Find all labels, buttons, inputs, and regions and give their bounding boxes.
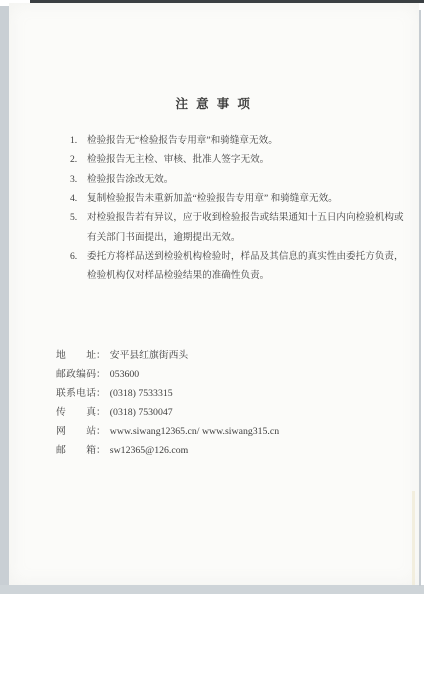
scan-margin-left: [0, 6, 9, 594]
paper-sheet: 注 意 事 项 1. 检验报告无“检验报告专用章”和骑缝章无效。 2. 检验报告…: [9, 3, 419, 585]
contact-row-email: 邮箱：sw12365@126.com: [56, 441, 279, 460]
contact-colon: ：: [96, 445, 106, 456]
contact-colon: ：: [96, 350, 106, 361]
note-text: 复制检验报告未重新加盖“检验报告专用章” 和骑缝章无效。: [87, 189, 338, 208]
contact-value: 053600: [110, 369, 139, 380]
page-title: 注 意 事 项: [9, 94, 419, 112]
note-text: 检验报告无主检、审核、批准人签字无效。: [87, 150, 269, 169]
contact-colon: ：: [96, 388, 106, 399]
scan-area: 注 意 事 项 1. 检验报告无“检验报告专用章”和骑缝章无效。 2. 检验报告…: [0, 0, 424, 594]
contact-colon: ：: [96, 426, 106, 437]
note-text: 对检验报告若有异议，应于收到检验报告或结果通知十五日内向检验机构或 有关部门书面…: [87, 208, 404, 247]
contact-row-postcode: 邮政编码：053600: [56, 365, 279, 384]
note-item: 2. 检验报告无主检、审核、批准人签字无效。: [70, 150, 404, 169]
contact-label: 联系电话: [56, 384, 96, 403]
contact-value: (0318) 7530047: [110, 407, 173, 418]
note-number: 1.: [70, 131, 87, 150]
paper-right-edge: [419, 10, 421, 586]
contact-label: 邮箱: [56, 441, 96, 460]
scanned-document-page: 注 意 事 项 1. 检验报告无“检验报告专用章”和骑缝章无效。 2. 检验报告…: [0, 0, 424, 700]
contact-label: 地址: [56, 346, 96, 365]
contact-label: 邮政编码: [56, 365, 96, 384]
scan-margin-bottom: [0, 585, 424, 594]
contact-colon: ：: [96, 369, 106, 380]
note-number: 3.: [70, 170, 87, 189]
note-number: 6.: [70, 247, 87, 286]
contact-colon: ：: [96, 407, 106, 418]
note-item: 5. 对检验报告若有异议，应于收到检验报告或结果通知十五日内向检验机构或 有关部…: [70, 208, 404, 247]
contact-row-website: 网站：www.siwang12365.cn/ www.siwang315.cn: [56, 422, 279, 441]
contact-block: 地址：安平县红旗街西头 邮政编码：053600 联系电话：(0318) 7533…: [56, 346, 279, 461]
note-number: 5.: [70, 208, 87, 247]
contact-value: 安平县红旗街西头: [110, 350, 188, 361]
contact-row-address: 地址：安平县红旗街西头: [56, 346, 279, 365]
scan-artifact-streak: [412, 491, 415, 585]
note-item: 1. 检验报告无“检验报告专用章”和骑缝章无效。: [70, 131, 404, 150]
contact-value: www.siwang12365.cn/ www.siwang315.cn: [110, 426, 279, 437]
contact-label: 网站: [56, 422, 96, 441]
note-text: 检验报告涂改无效。: [87, 170, 173, 189]
note-item: 3. 检验报告涂改无效。: [70, 170, 404, 189]
contact-row-phone: 联系电话：(0318) 7533315: [56, 384, 279, 403]
note-item: 4. 复制检验报告未重新加盖“检验报告专用章” 和骑缝章无效。: [70, 189, 404, 208]
contact-label: 传真: [56, 403, 96, 422]
note-number: 2.: [70, 150, 87, 169]
contact-value: sw12365@126.com: [110, 445, 188, 456]
note-number: 4.: [70, 189, 87, 208]
notes-list: 1. 检验报告无“检验报告专用章”和骑缝章无效。 2. 检验报告无主检、审核、批…: [70, 131, 404, 286]
contact-value: (0318) 7533315: [110, 388, 173, 399]
note-text: 检验报告无“检验报告专用章”和骑缝章无效。: [87, 131, 278, 150]
note-item: 6. 委托方将样品送到检验机构检验时，样品及其信息的真实性由委托方负责， 检验机…: [70, 247, 404, 286]
note-text: 委托方将样品送到检验机构检验时，样品及其信息的真实性由委托方负责， 检验机构仅对…: [87, 247, 404, 286]
contact-row-fax: 传真：(0318) 7530047: [56, 403, 279, 422]
